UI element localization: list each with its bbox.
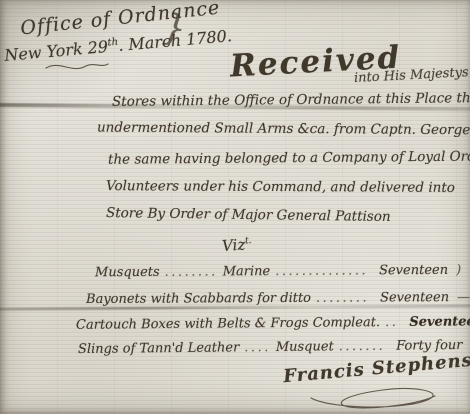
item-quantity: Seventeen — [409, 314, 470, 330]
body-line-2: undermentioned Small Arms &ca. from Capt… — [97, 120, 470, 139]
item-end-mark: — — [457, 290, 470, 305]
body-line-3: the same having belonged to a Company of… — [108, 148, 470, 168]
viz-label: Vizt. — [221, 235, 252, 255]
manuscript-sheet: Office of Ordnance New York 29th. March … — [0, 0, 470, 414]
item-name: Bayonets with Scabbards for ditto — [86, 291, 311, 307]
leader-dots: .... — [244, 340, 271, 355]
item-row-cartouch-boxes: Cartouch Boxes with Belts & Frogs Comple… — [76, 314, 470, 333]
signature-flourish — [293, 384, 453, 412]
item-name: Musquets — [95, 265, 160, 280]
viz-superscript: t. — [245, 236, 252, 246]
body-line-1: Stores within the Office of Ordnance at … — [112, 90, 470, 110]
item-end-mark: ) — [456, 263, 461, 278]
item-row-bayonets: Bayonets with Scabbards for ditto.......… — [86, 290, 470, 307]
leader-dots: ........ — [165, 264, 218, 279]
date-flourish — [42, 58, 112, 74]
item-detail: Marine — [223, 264, 271, 279]
leader-dots: .. — [385, 315, 398, 330]
body-line-4: Volunteers under his Command, and delive… — [106, 178, 455, 196]
item-quantity: Seventeen — [379, 263, 448, 278]
item-quantity: Seventeen — [380, 290, 449, 305]
item-name: Cartouch Boxes with Belts & Frogs Comple… — [76, 315, 380, 333]
item-name: Slings of Tann'd Leather — [78, 340, 239, 357]
viz-base: Viz — [221, 235, 245, 255]
leader-dots: ....... — [339, 339, 386, 354]
item-row-musquets: Musquets........Marine..............Seve… — [95, 263, 461, 281]
leader-dots: .............. — [275, 263, 368, 279]
leader-dots: ........ — [316, 291, 369, 306]
body-line-5: Store By Order of Major General Pattison — [106, 205, 391, 225]
signature: Francis Stephens — [282, 350, 470, 387]
item-row-slings: Slings of Tann'd Leather....Musquet.....… — [78, 338, 463, 357]
item-detail: Musquet — [276, 339, 334, 355]
